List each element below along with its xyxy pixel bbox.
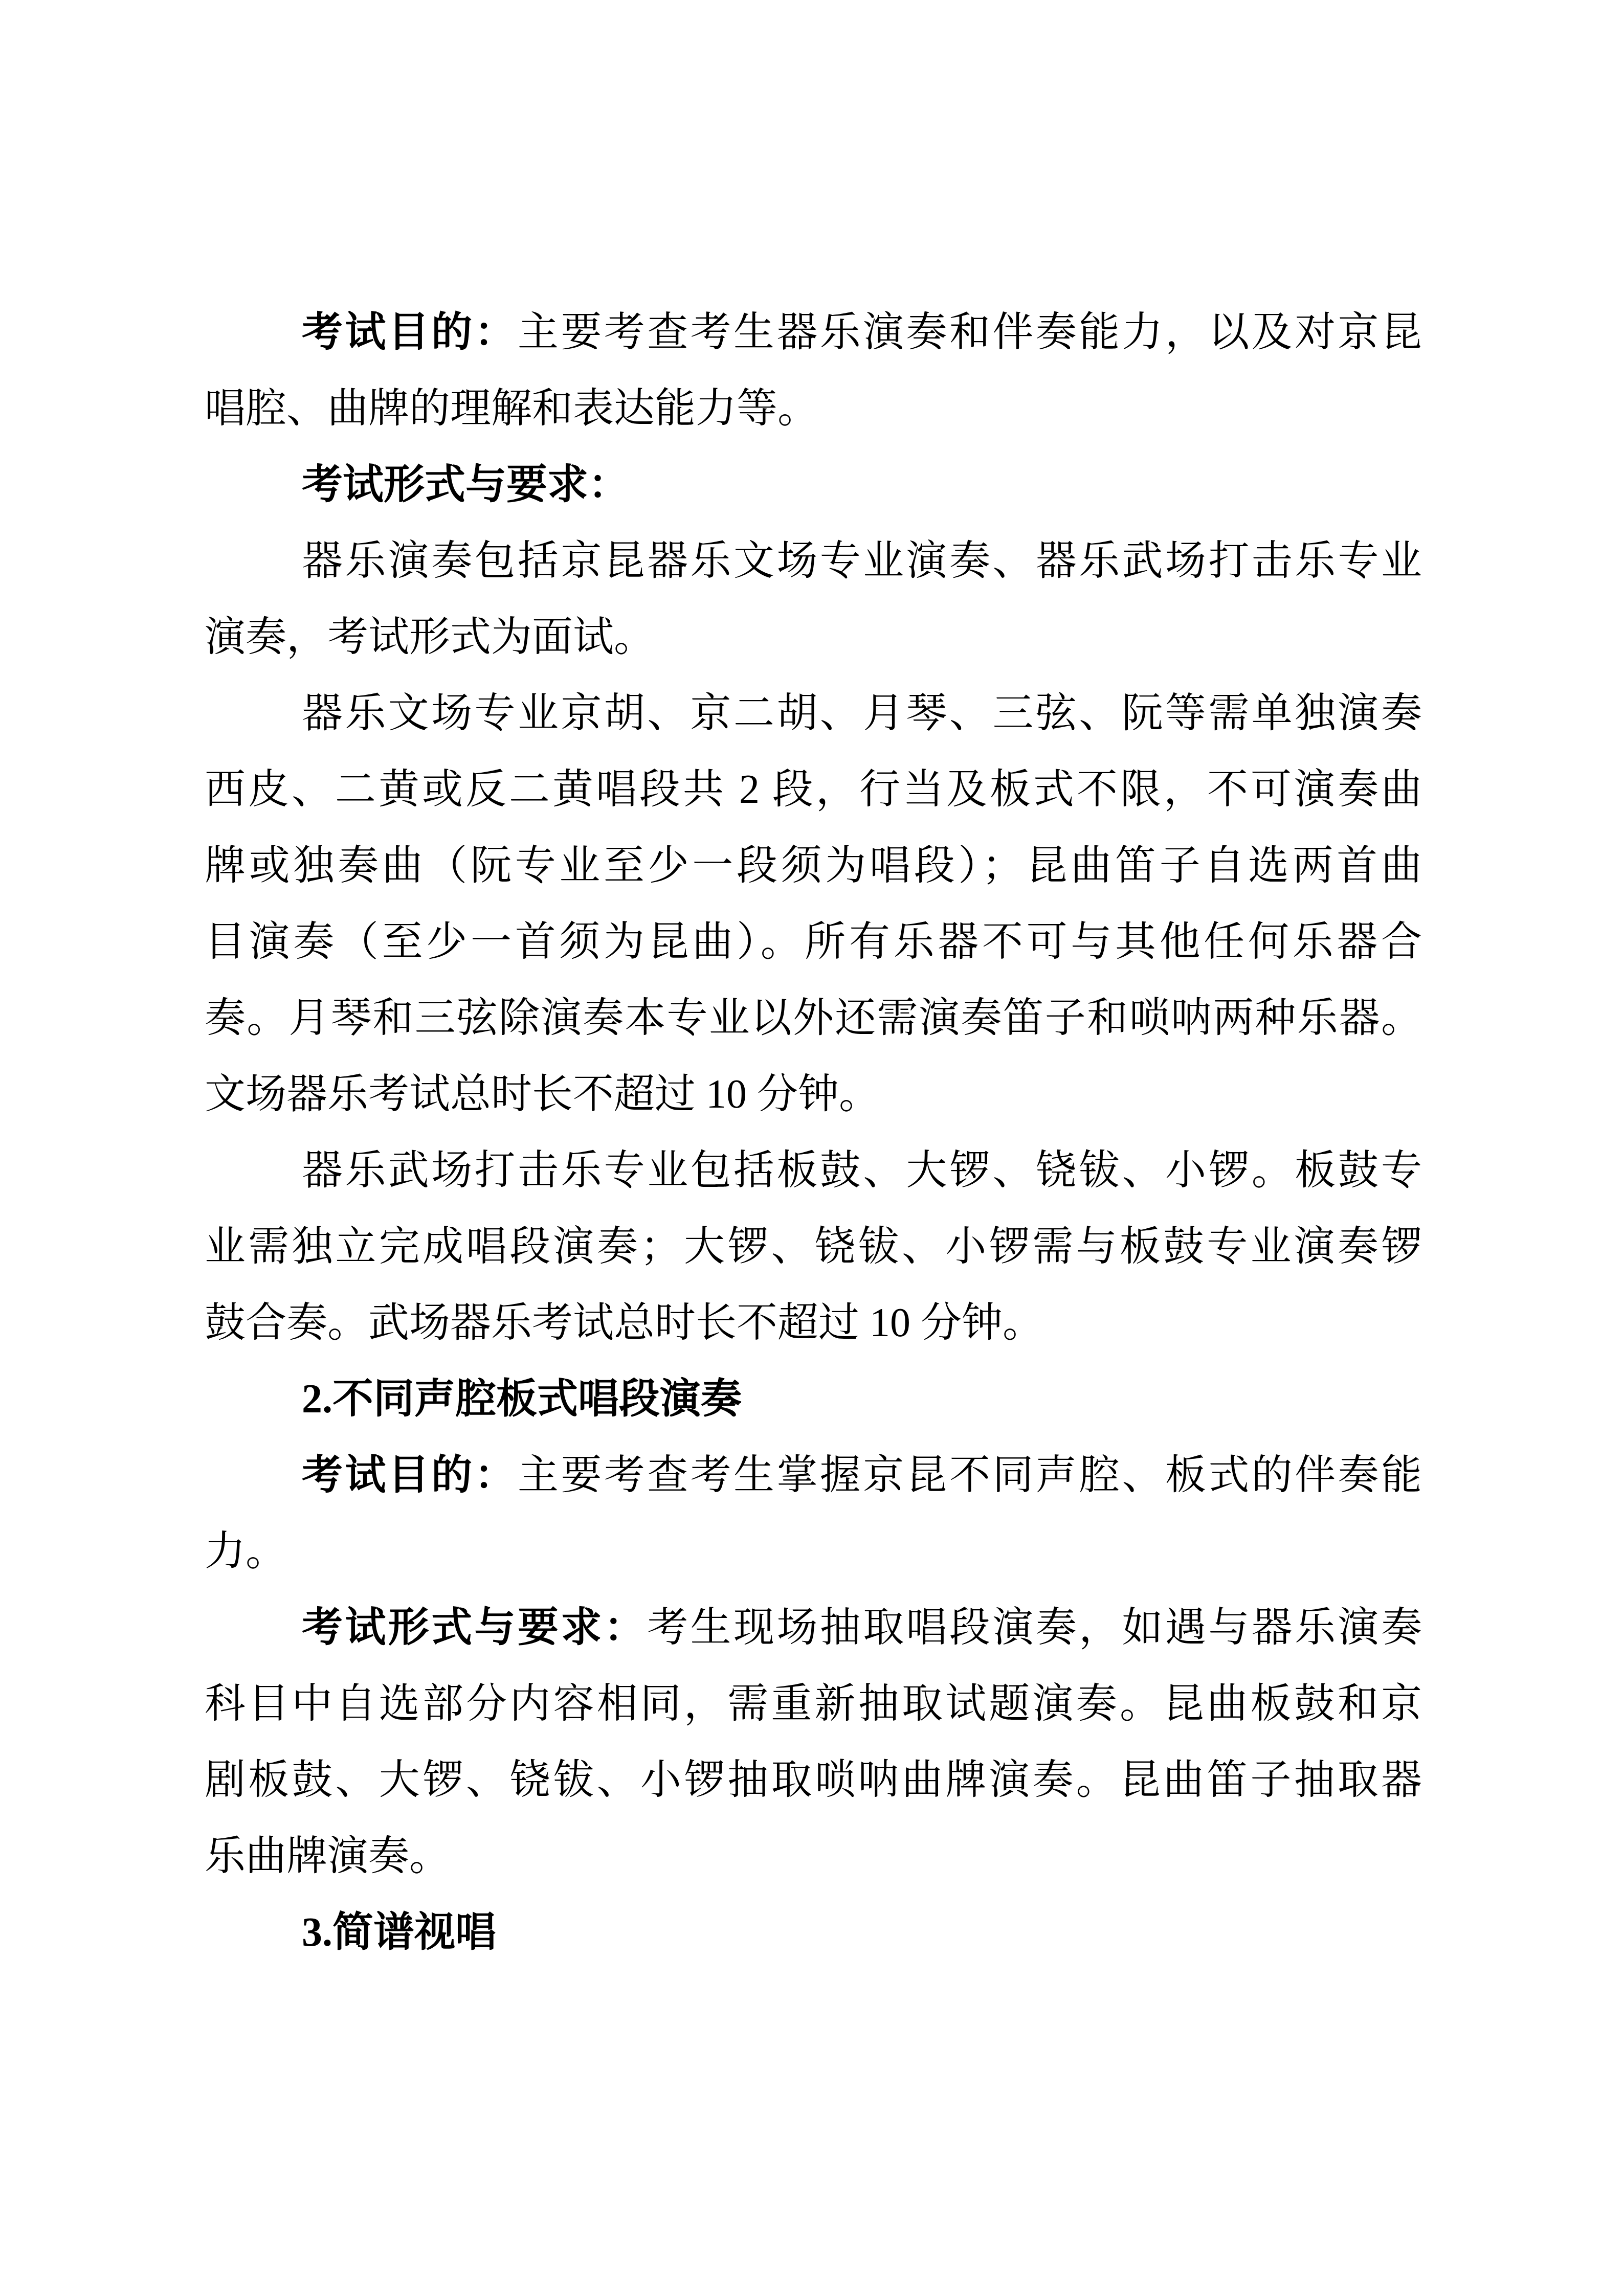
heading-line-2: 2.不同声腔板式唱段演奏 bbox=[205, 1361, 1422, 1437]
text-run: 牌或独奏曲（阮专业至少一段须为唱段）；昆曲笛子自选两首曲 bbox=[205, 843, 1422, 888]
text-line-3: 考试形式与要求： bbox=[205, 447, 1422, 523]
text-run: 奏。月琴和三弦除演奏本专业以外还需演奏笛子和唢呐两种乐器。 bbox=[205, 996, 1422, 1041]
text-run: 唱腔、曲牌的理解和表达能力等。 bbox=[205, 386, 818, 431]
text-run: 主要考查考生掌握京昆不同声腔、板式的伴奏能 bbox=[518, 1453, 1422, 1498]
text-run: 西皮、二黄或反二黄唱段共 2 段，行当及板式不限，不可演奏曲 bbox=[205, 767, 1422, 812]
text-line-7: 西皮、二黄或反二黄唱段共 2 段，行当及板式不限，不可演奏曲 bbox=[205, 752, 1422, 828]
text-run: 力。 bbox=[205, 1529, 286, 1574]
text-run: 科目中自选部分内容相同，需重新抽取试题演奏。昆曲板鼓和京 bbox=[205, 1681, 1422, 1726]
text-line-8: 牌或独奏曲（阮专业至少一段须为唱段）；昆曲笛子自选两首曲 bbox=[205, 828, 1422, 904]
text-line-9: 目演奏（至少一首须为昆曲）。所有乐器不可与其他任何乐器合 bbox=[205, 904, 1422, 980]
text-run: 目演奏（至少一首须为昆曲）。所有乐器不可与其他任何乐器合 bbox=[205, 919, 1422, 964]
text-line-4: 器乐演奏包括京昆器乐文场专业演奏、器乐武场打击乐专业 bbox=[205, 523, 1422, 599]
text-run: 器乐武场打击乐专业包括板鼓、大锣、铙钹、小锣。板鼓专 bbox=[302, 1148, 1422, 1193]
bold-run: 3.简谱视唱 bbox=[302, 1910, 496, 1955]
text-line-11: 文场器乐考试总时长不超过 10 分钟。 bbox=[205, 1056, 1422, 1133]
text-run: 考生现场抽取唱段演奏，如遇与器乐演奏 bbox=[647, 1605, 1422, 1650]
bold-run: 考试目的： bbox=[302, 310, 518, 355]
heading-line-3: 3.简谱视唱 bbox=[205, 1895, 1422, 1971]
text-block: 考试目的：主要考查考生器乐演奏和伴奏能力，以及对京昆 唱腔、曲牌的理解和表达能力… bbox=[205, 295, 1422, 1971]
bold-run: 考试形式与要求： bbox=[302, 462, 629, 507]
bold-run: 考试形式与要求： bbox=[302, 1605, 647, 1650]
text-line-19: 科目中自选部分内容相同，需重新抽取试题演奏。昆曲板鼓和京 bbox=[205, 1666, 1422, 1742]
text-line-1: 考试目的：主要考查考生器乐演奏和伴奏能力，以及对京昆 bbox=[205, 295, 1422, 371]
text-line-18: 考试形式与要求：考生现场抽取唱段演奏，如遇与器乐演奏 bbox=[205, 1590, 1422, 1666]
text-line-5: 演奏，考试形式为面试。 bbox=[205, 599, 1422, 676]
text-line-12: 器乐武场打击乐专业包括板鼓、大锣、铙钹、小锣。板鼓专 bbox=[205, 1133, 1422, 1209]
text-run: 乐曲牌演奏。 bbox=[205, 1834, 450, 1879]
text-line-17: 力。 bbox=[205, 1514, 1422, 1590]
text-line-20: 剧板鼓、大锣、铙钹、小锣抽取唢呐曲牌演奏。昆曲笛子抽取器 bbox=[205, 1742, 1422, 1818]
text-line-13: 业需独立完成唱段演奏；大锣、铙钹、小锣需与板鼓专业演奏锣 bbox=[205, 1209, 1422, 1285]
text-run: 鼓合奏。武场器乐考试总时长不超过 10 分钟。 bbox=[205, 1300, 1043, 1345]
bold-run: 2.不同声腔板式唱段演奏 bbox=[302, 1377, 742, 1422]
text-line-21: 乐曲牌演奏。 bbox=[205, 1818, 1422, 1895]
bold-run: 考试目的： bbox=[302, 1453, 518, 1498]
text-run: 文场器乐考试总时长不超过 10 分钟。 bbox=[205, 1072, 880, 1117]
text-run: 业需独立完成唱段演奏；大锣、铙钹、小锣需与板鼓专业演奏锣 bbox=[205, 1224, 1422, 1269]
text-run: 演奏，考试形式为面试。 bbox=[205, 615, 655, 660]
text-line-10: 奏。月琴和三弦除演奏本专业以外还需演奏笛子和唢呐两种乐器。 bbox=[205, 980, 1422, 1056]
text-run: 剧板鼓、大锣、铙钹、小锣抽取唢呐曲牌演奏。昆曲笛子抽取器 bbox=[205, 1758, 1422, 1803]
text-run: 器乐文场专业京胡、京二胡、月琴、三弦、阮等需单独演奏 bbox=[302, 691, 1422, 736]
text-line-16: 考试目的：主要考查考生掌握京昆不同声腔、板式的伴奏能 bbox=[205, 1437, 1422, 1514]
text-line-6: 器乐文场专业京胡、京二胡、月琴、三弦、阮等需单独演奏 bbox=[205, 676, 1422, 752]
text-line-14: 鼓合奏。武场器乐考试总时长不超过 10 分钟。 bbox=[205, 1285, 1422, 1361]
text-run: 器乐演奏包括京昆器乐文场专业演奏、器乐武场打击乐专业 bbox=[302, 538, 1422, 583]
text-line-2: 唱腔、曲牌的理解和表达能力等。 bbox=[205, 371, 1422, 447]
document-page: 考试目的：主要考查考生器乐演奏和伴奏能力，以及对京昆 唱腔、曲牌的理解和表达能力… bbox=[0, 0, 1624, 2296]
text-run: 主要考查考生器乐演奏和伴奏能力，以及对京昆 bbox=[518, 310, 1422, 355]
